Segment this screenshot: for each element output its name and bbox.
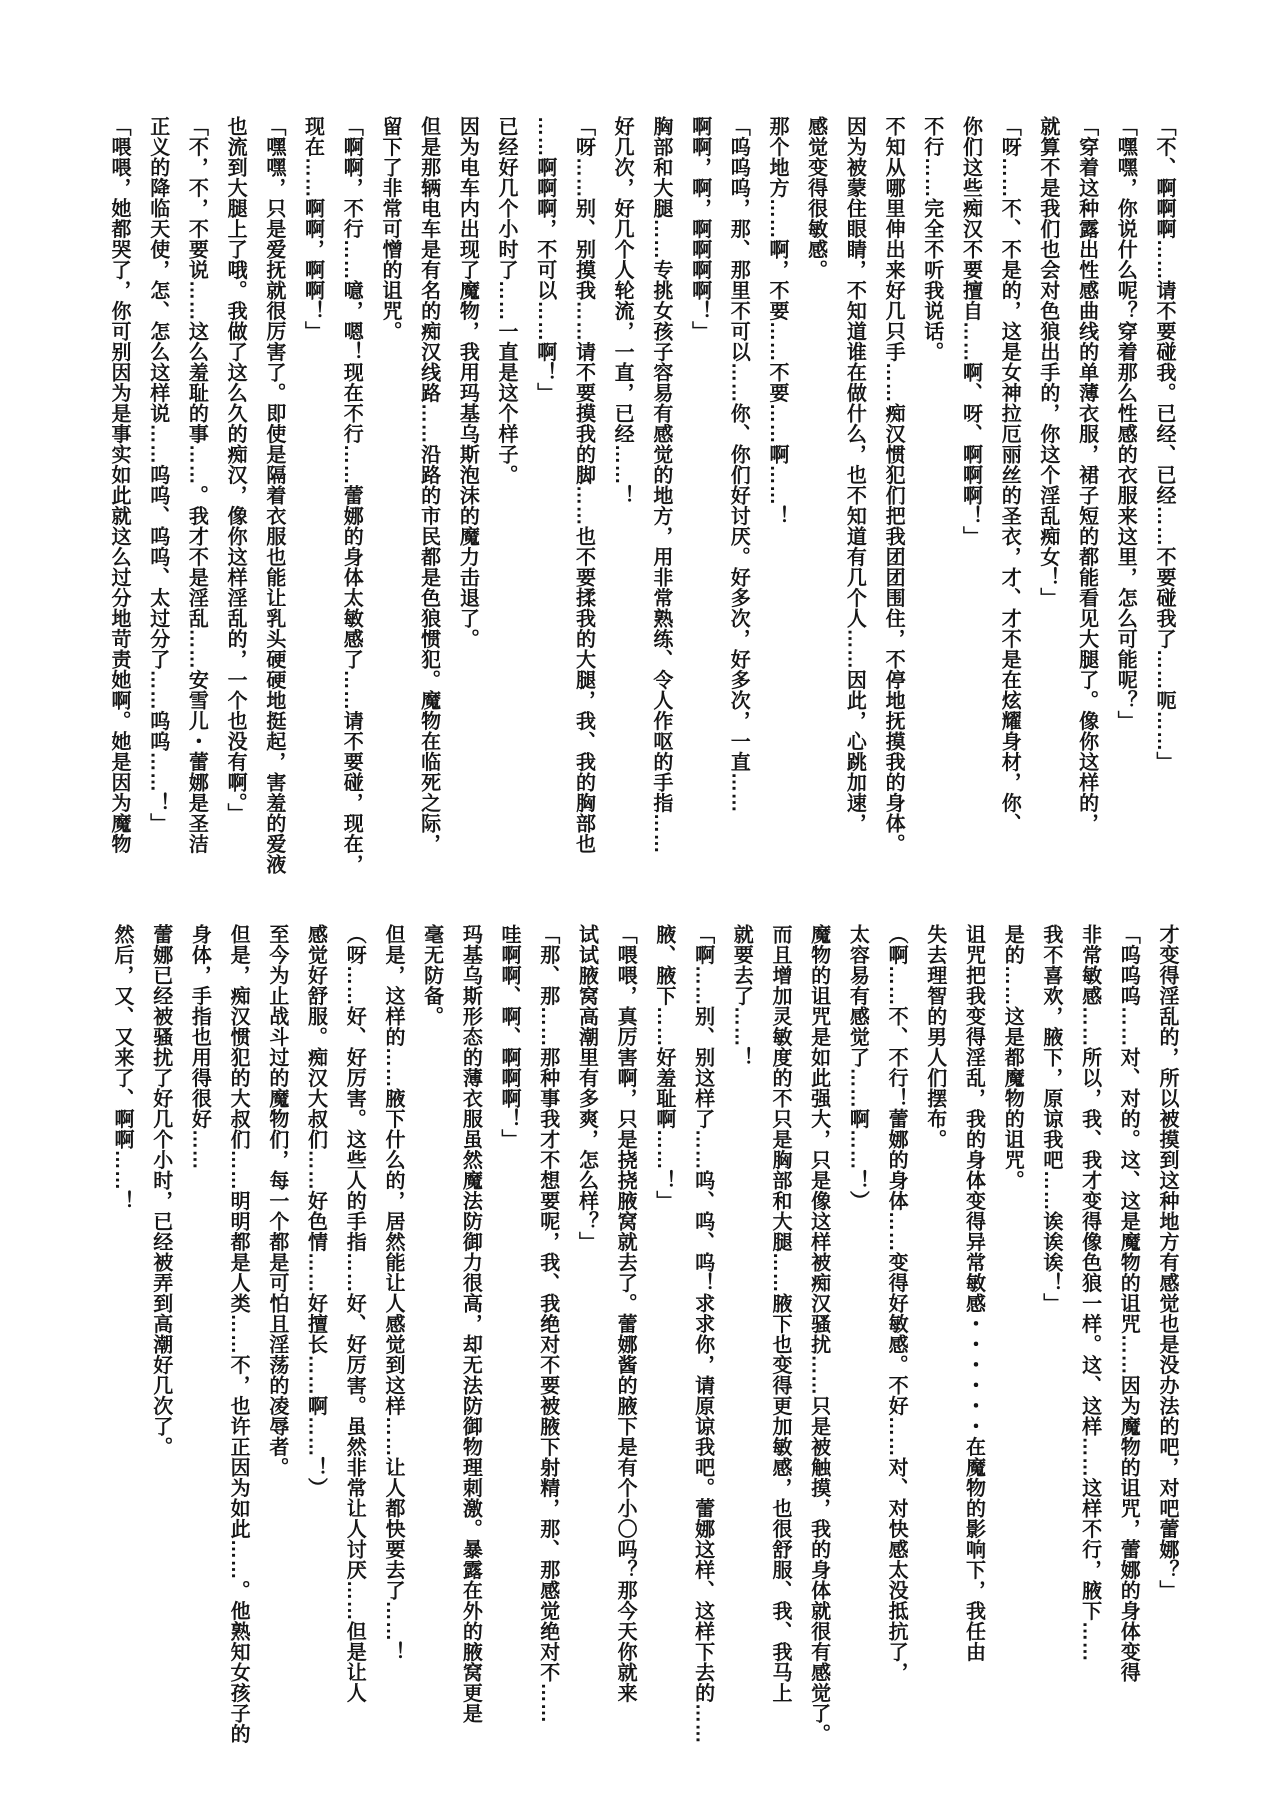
text-column: 失去理智的男人们摆布。: [915, 924, 954, 1760]
text-column: 身体，手指也用得很好……: [180, 924, 219, 1760]
text-column: 「喂喂，她都哭了，你可别因为是事实如此就这么过分地苛责她啊。她是因为魔物: [99, 116, 138, 882]
top-text-block: 「不、啊啊啊……请不要碰我。已经、已经……不要碰我了……呃……」「嘿嘿，你说什么…: [99, 116, 1183, 882]
text-column: 现在……啊啊，啊啊！」: [293, 116, 332, 882]
novel-text-page: 「不、啊啊啊……请不要碰我。已经、已经……不要碰我了……呃……」「嘿嘿，你说什么…: [0, 0, 1280, 1796]
text-column: 腋、腋下……好羞耻啊……！」: [644, 924, 683, 1760]
text-column: 诅咒把我变得淫乱，我的身体变得异常敏感・・・・・・在魔物的影响下，我任由: [954, 924, 993, 1760]
bottom-text-block: 才变得淫乱的，所以被摸到这种地方有感觉也是没办法的吧，对吧蕾娜？」「呜呜呜……对…: [102, 924, 1186, 1760]
text-column: 然后，又、又来了、啊啊……！: [102, 924, 141, 1760]
text-column: 「啊啊，不行……噫，嗯！现在不行……蕾娜的身体太敏感了……请不要碰，现在，: [332, 116, 371, 882]
text-column: ……啊啊啊，不可以……啊！」: [525, 116, 564, 882]
text-column: 蕾娜已经被骚扰了好几个小时，已经被弄到高潮好几次了。: [141, 924, 180, 1760]
text-column: 「呀……不、不是的，这是女神拉厄丽丝的圣衣，才、才不是在炫耀身材，你、: [989, 116, 1028, 882]
text-column: （啊……不、不行！蕾娜的身体……变得好敏感。不好……对、对快感太没抵抗了，: [876, 924, 915, 1760]
text-column: 正义的降临天使，怎、怎么这样说……呜呜、呜呜、太过分了……呜呜……！」: [138, 116, 177, 882]
text-column: 已经好几个小时了……一直是这个样子。: [486, 116, 525, 882]
text-column: 胸部和大腿……专挑女孩子容易有感觉的地方，用非常熟练、令人作呕的手指……: [641, 116, 680, 882]
text-column: 但是那辆电车是有名的痴汉线路……沿路的市民都是色狼惯犯。魔物在临死之际，: [409, 116, 448, 882]
text-column: 不知从哪里伸出来好几只手……痴汉惯犯们把我团团围住，不停地抚摸我的身体。: [873, 116, 912, 882]
text-column: 我不喜欢，腋下，原谅我吧……诶诶诶！」: [1031, 924, 1070, 1760]
text-column: 啊啊，啊，啊啊啊啊！」: [680, 116, 719, 882]
text-column: 你们这些痴汉不要擅自……啊、呀、啊啊啊！」: [951, 116, 990, 882]
text-column: （呀……好、好厉害。这些人的手指……好、好厉害。虽然非常让人讨厌……但是让人: [335, 924, 374, 1760]
text-column: 也流到大腿上了哦。我做了这么久的痴汉，像你这样淫乱的，一个也没有啊。」: [215, 116, 254, 882]
text-column: 「啊……别、别这样了……呜、呜、呜！求求你，请原谅我吧。蕾娜这样、这样下去的……: [683, 924, 722, 1760]
text-column: 非常敏感……所以，我、我才变得像色狼一样。这、这样……这样不行，腋下……: [1070, 924, 1109, 1760]
text-column: 至今为止战斗过的魔物们，每一个都是可怕且淫荡的凌辱者。: [257, 924, 296, 1760]
text-column: 「嘿嘿，只是爱抚就很厉害了。即使是隔着衣服也能让乳头硬硬地挺起，害羞的爱液: [254, 116, 293, 882]
text-column: 但是，这样的……腋下什么的，居然能让人感觉到这样……让人都快要去了……！: [373, 924, 412, 1760]
text-column: 那个地方……啊，不要……不要……啊……！: [757, 116, 796, 882]
text-column: 「呜呜呜，那、那里不可以……你、你们好讨厌。好多次，好多次，一直……: [719, 116, 758, 882]
text-column: 就算不是我们也会对色狼出手的，你这个淫乱痴女！」: [1028, 116, 1067, 882]
text-column: 玛基乌斯形态的薄衣服虽然魔法防御力很高，却无法防御物理刺激。暴露在外的腋窝更是: [451, 924, 490, 1760]
text-column: 毫无防备。: [412, 924, 451, 1760]
text-column: 感觉好舒服。痴汉大叔们……好色情……好擅长……啊……！）: [296, 924, 335, 1760]
text-column: 留下了非常可憎的诅咒。: [370, 116, 409, 882]
text-column: 太容易有感觉了……啊……！）: [838, 924, 877, 1760]
text-column: 「呀……别、别摸我……请不要摸我的脚……也不要揉我的大腿，我、我的胸部也: [564, 116, 603, 882]
text-column: 就要去了……！: [722, 924, 761, 1760]
text-column: 不行……完全不听我说话。: [912, 116, 951, 882]
text-column: 是的……这是都魔物的诅咒。: [992, 924, 1031, 1760]
text-column: 「那、那……那种事我才不想要呢，我、我绝对不要被腋下射精，那、那感觉绝对不……: [528, 924, 567, 1760]
text-column: 哇啊啊、啊、啊啊啊！」: [489, 924, 528, 1760]
text-column: 因为电车内出现了魔物，我用玛基乌斯泡沫的魔力击退了。: [448, 116, 487, 882]
text-column: 「呜呜呜……对、对的。这、这是魔物的诅咒……因为魔物的诅咒，蕾娜的身体变得: [1109, 924, 1148, 1760]
text-column: 「不、啊啊啊……请不要碰我。已经、已经……不要碰我了……呃……」: [1144, 116, 1183, 882]
text-column: 因为被蒙住眼睛，不知道谁在做什么，也不知道有几个人……因此，心跳加速，: [835, 116, 874, 882]
text-column: 「穿着这种露出性感曲线的单薄衣服，裙子短的都能看见大腿了。像你这样的，: [1067, 116, 1106, 882]
text-column: 试试腋窝高潮里有多爽，怎么样？」: [567, 924, 606, 1760]
text-column: 「喂喂，真厉害啊，只是挠挠腋窝就去了。蕾娜酱的腋下是有个小〇吗？那今天你就来: [605, 924, 644, 1760]
text-column: 而且增加灵敏度的不只是胸部和大腿……腋下也变得更加敏感，也很舒服、我、我马上: [760, 924, 799, 1760]
text-column: 好几次，好几个人轮流，一直，已经……！: [602, 116, 641, 882]
text-column: 但是，痴汉惯犯的大叔们……明明都是人类……不，也许正因为如此……。他熟知女孩子的: [218, 924, 257, 1760]
text-column: 感觉变得很敏感。: [796, 116, 835, 882]
text-column: 魔物的诅咒是如此强大，只是像这样被痴汉骚扰……只是被触摸，我的身体就很有感觉了。: [799, 924, 838, 1760]
text-column: 才变得淫乱的，所以被摸到这种地方有感觉也是没办法的吧，对吧蕾娜？」: [1147, 924, 1186, 1760]
text-column: 「不，不，不要说……这么羞耻的事……。我才不是淫乱……安雪儿・蕾娜是圣洁: [177, 116, 216, 882]
text-column: 「嘿嘿，你说什么呢？穿着那么性感的衣服来这里，怎么可能呢？」: [1106, 116, 1145, 882]
